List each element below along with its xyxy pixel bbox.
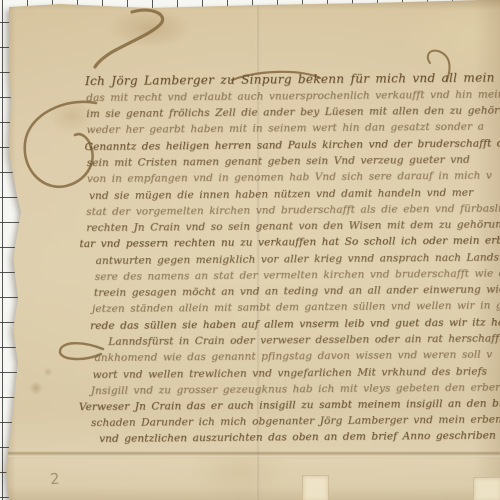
- manuscript-line: rechten Jn Crain vnd so sein genant von …: [86, 218, 500, 235]
- manuscript-line: wort vnd wellen trewlichen vnd vngefarli…: [93, 366, 488, 382]
- manuscript-line: vnd sie mügen die innen haben nützen vnd…: [89, 187, 473, 203]
- manuscript-line: das mit recht vnd erlaubt auch vnuerspro…: [86, 88, 500, 105]
- manuscript-line: Verweser Jn Crain das er auch insigill z…: [79, 397, 500, 414]
- manuscript-line: sere des namens an stat der vermelten ki…: [95, 267, 500, 284]
- photo-of-charter: Ich Jörg Lamberger zu Sinpurg bekenn für…: [0, 0, 500, 500]
- parchment-document: Ich Jörg Lamberger zu Sinpurg bekenn für…: [0, 0, 500, 500]
- manuscript-line: rede das süllen sie haben auf allem vnse…: [90, 316, 500, 333]
- manuscript-line: stat der vorgemelten kirchen vnd bruders…: [86, 202, 500, 219]
- manuscript-line: weder her gearbt haben mit in seinem wer…: [86, 121, 484, 137]
- manuscript-line: vnd gentzlichen auszurichten das oben an…: [99, 429, 500, 446]
- manuscript-line: im sie genant frölichs Zell die ander be…: [86, 104, 500, 121]
- manuscript-line: Ich Jörg Lamberger zu Sinpurg bekenn für…: [85, 69, 500, 88]
- manuscript-line: treein gesagen möcht an vnd an teding vn…: [94, 283, 500, 300]
- manuscript-line: tar vnd pessern rechten nu zu verkauffen…: [79, 234, 500, 251]
- manuscript-line: von in empfangen vnd in genomen hab Vnd …: [87, 169, 492, 186]
- manuscript-line: Jnsigill vnd zu grosser gezeugknus hab i…: [91, 381, 500, 398]
- manuscript-line: jetzen ständen allein mit sambt dem gant…: [92, 299, 500, 316]
- manuscript-line: Lanndsfürst in Crain oder verweser desse…: [108, 332, 500, 349]
- manuscript-line: sein mit Cristen namen genant geben sein…: [87, 154, 470, 170]
- manuscript-line: schaden Darunder ich mich obgenanter Jör…: [91, 413, 500, 430]
- manuscript-line: Genanntz des heiligen herren sand Pauls …: [85, 137, 500, 154]
- archival-number: 2: [49, 470, 60, 489]
- handwritten-text-block: Ich Jörg Lamberger zu Sinpurg bekenn für…: [0, 0, 500, 500]
- manuscript-line: antwurten gegen menigklich vor aller kri…: [96, 251, 500, 268]
- manuscript-line: ankhomend wie das genannt pfingstag davo…: [94, 349, 492, 365]
- parchment-wrapper: Ich Jörg Lamberger zu Sinpurg bekenn für…: [0, 0, 500, 500]
